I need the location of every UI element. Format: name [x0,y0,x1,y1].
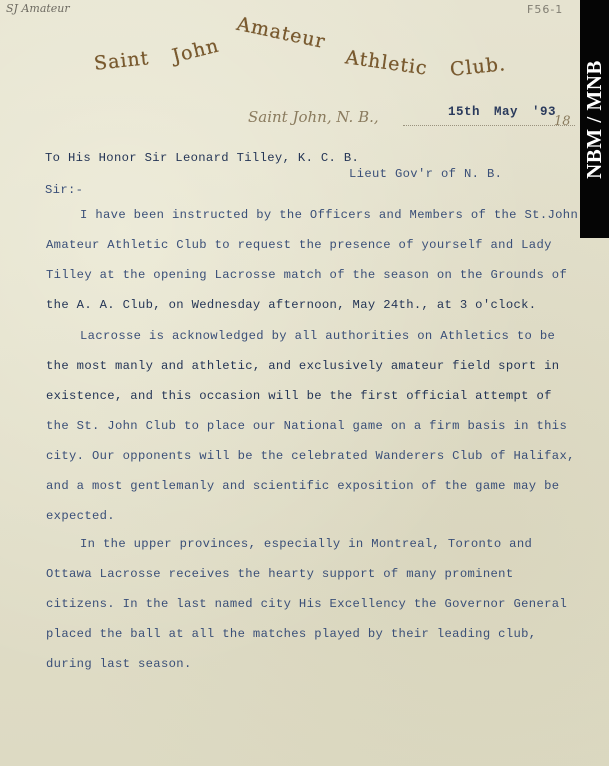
letterhead-word-amateur: Amateur [235,13,328,53]
archive-annotation-left: SJ Amateur [6,2,70,15]
body-line: I have been instructed by the Officers a… [80,208,578,222]
letterhead-word-club: Club. [449,53,507,81]
body-line: during last season. [46,657,192,671]
body-line: Amateur Athletic Club to request the pre… [46,238,552,252]
letterhead-word-saint: Saint [93,47,150,75]
salutation: Sir:- [45,183,83,197]
dateline-year-prefix: 18 [554,114,571,129]
body-line: citizens. In the last named city His Exc… [46,597,567,611]
body-line: the most manly and athletic, and exclusi… [46,359,559,373]
letterhead-word-john: John [170,35,221,68]
body-line: city. Our opponents will be the celebrat… [46,449,575,463]
body-line: the St. John Club to place our National … [46,419,567,433]
letterhead-word-athletic: Athletic [344,46,429,79]
body-line: the A. A. Club, on Wednesday afternoon, … [46,298,536,312]
body-line: Lacrosse is acknowledged by all authorit… [80,329,555,343]
body-line: expected. [46,509,115,523]
body-line: Ottawa Lacrosse receives the hearty supp… [46,567,514,581]
body-line: In the upper provinces, especially in Mo… [80,537,532,551]
dateline-date: 15th May '93 [448,105,556,119]
dateline-rule [403,125,575,126]
letter-page: SJ Amateur F56-1 NBM / MNB Saint John Am… [0,0,609,766]
recipient-title-line: Lieut Gov'r of N. B. [349,167,502,181]
archive-reference-number: F56-1 [527,3,563,16]
museum-watermark-text: NBM / MNB [582,60,607,179]
body-line: placed the ball at all the matches playe… [46,627,536,641]
dateline-place: Saint John, N. B., [248,108,379,126]
museum-watermark-stamp: NBM / MNB [580,0,609,238]
body-line: existence, and this occasion will be the… [46,389,552,403]
body-line: and a most gentlemanly and scientific ex… [46,479,559,493]
recipient-line: To His Honor Sir Leonard Tilley, K. C. B… [45,151,359,165]
body-line: Tilley at the opening Lacrosse match of … [46,268,567,282]
dateline: Saint John, N. B., 15th May '93 18 [248,108,578,130]
